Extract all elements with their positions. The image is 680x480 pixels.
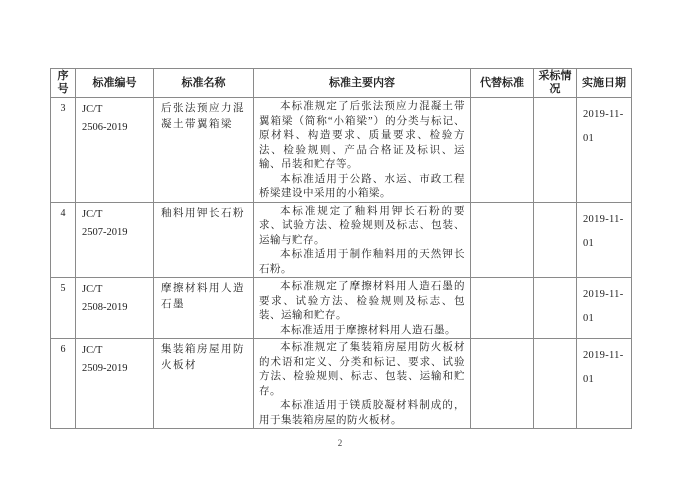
cell-standard-name: 集装箱房屋用防火板材 [154,339,254,429]
content-paragraph-application: 本标准适用于镁质胶凝材料制成的，用于集装箱房屋的防火板材。 [259,399,465,428]
table-row: 3 JC/T 2506-2019 后张法预应力混凝土带翼箱梁 本标准规定了后张法… [51,98,632,203]
cell-adoption-status [534,202,577,278]
cell-implementation-date: 2019-11- 01 [577,98,632,203]
cell-implementation-date: 2019-11- 01 [577,339,632,429]
content-paragraph-scope: 本标准规定了釉料用钾长石粉的要求、试验方法、检验规则及标志、包装、运输与贮存。 [259,205,465,249]
cell-adoption-status [534,339,577,429]
cell-replaced-standard [471,278,534,339]
table-row: 5 JC/T 2508-2019 摩擦材料用人造石墨 本标准规定了摩擦材料用人造… [51,278,632,339]
cell-adoption-status [534,98,577,203]
cell-replaced-standard [471,202,534,278]
content-paragraph-scope: 本标准规定了集装箱房屋用防火板材的术语和定义、分类和标记、要求、试验方法、检验规… [259,341,465,399]
table-row: 6 JC/T 2509-2019 集装箱房屋用防火板材 本标准规定了集装箱房屋用… [51,339,632,429]
content-paragraph-application: 本标准适用于制作釉料用的天然钾长石粉。 [259,248,465,277]
col-header-seq: 序 号 [51,69,76,98]
cell-standard-name: 后张法预应力混凝土带翼箱梁 [154,98,254,203]
cell-implementation-date: 2019-11- 01 [577,202,632,278]
col-header-content: 标准主要内容 [254,69,471,98]
table-row: 4 JC/T 2507-2019 釉料用钾长石粉 本标准规定了釉料用钾长石粉的要… [51,202,632,278]
cell-replaced-standard [471,339,534,429]
content-paragraph-scope: 本标准规定了摩擦材料用人造石墨的要求、试验方法、检验规则及标志、包装、运输和贮存… [259,280,465,324]
cell-main-content: 本标准规定了后张法预应力混凝土带翼箱梁（简称“小箱梁”）的分类与标记、原材料、构… [254,98,471,203]
content-paragraph-application: 本标准适用于公路、水运、市政工程桥梁建设中采用的小箱梁。 [259,173,465,202]
cell-seq: 6 [51,339,76,429]
col-header-replaced: 代替标准 [471,69,534,98]
col-header-adoption: 采标情 况 [534,69,577,98]
cell-seq: 3 [51,98,76,203]
cell-main-content: 本标准规定了釉料用钾长石粉的要求、试验方法、检验规则及标志、包装、运输与贮存。 … [254,202,471,278]
cell-adoption-status [534,278,577,339]
content-paragraph-application: 本标准适用于摩擦材料用人造石墨。 [259,324,465,339]
cell-standard-name: 摩擦材料用人造石墨 [154,278,254,339]
cell-seq: 5 [51,278,76,339]
col-header-name: 标准名称 [154,69,254,98]
table-header-row: 序 号 标准编号 标准名称 标准主要内容 代替标准 采标情 况 实施日期 [51,69,632,98]
cell-seq: 4 [51,202,76,278]
content-paragraph-scope: 本标准规定了后张法预应力混凝土带翼箱梁（简称“小箱梁”）的分类与标记、原材料、构… [259,100,465,173]
cell-standard-code: JC/T 2506-2019 [76,98,154,203]
cell-replaced-standard [471,98,534,203]
cell-implementation-date: 2019-11- 01 [577,278,632,339]
cell-standard-code: JC/T 2509-2019 [76,339,154,429]
cell-standard-code: JC/T 2507-2019 [76,202,154,278]
col-header-code: 标准编号 [76,69,154,98]
cell-standard-name: 釉料用钾长石粉 [154,202,254,278]
standards-table: 序 号 标准编号 标准名称 标准主要内容 代替标准 采标情 况 实施日期 3 J… [50,68,632,429]
col-header-date: 实施日期 [577,69,632,98]
cell-main-content: 本标准规定了集装箱房屋用防火板材的术语和定义、分类和标记、要求、试验方法、检验规… [254,339,471,429]
document-page: 序 号 标准编号 标准名称 标准主要内容 代替标准 采标情 况 实施日期 3 J… [0,0,680,480]
page-number: 2 [0,438,680,448]
cell-main-content: 本标准规定了摩擦材料用人造石墨的要求、试验方法、检验规则及标志、包装、运输和贮存… [254,278,471,339]
cell-standard-code: JC/T 2508-2019 [76,278,154,339]
